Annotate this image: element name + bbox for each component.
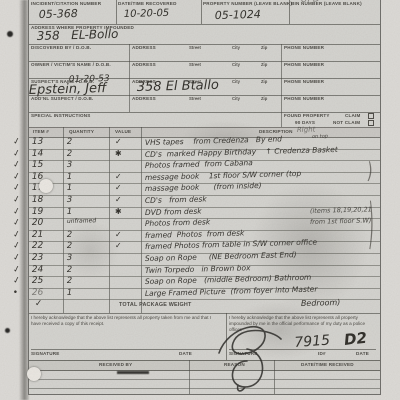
owner-victim-label: OWNER / VICTIM'S NAME / D.O.B. bbox=[31, 62, 111, 67]
item-number: 21 bbox=[32, 229, 62, 240]
value-col-header: VALUE bbox=[115, 129, 131, 134]
item-value-mark bbox=[115, 160, 141, 161]
incident-number-value: 05-368 bbox=[39, 6, 116, 21]
zip-sublabel: Zip bbox=[261, 96, 267, 101]
scan-dot-artifact bbox=[7, 31, 13, 37]
item-quantity: 1 bbox=[67, 182, 105, 193]
property-receipt-form: UPD INCIDENT/CITATION NUMBER 05-368 DATE… bbox=[28, 0, 381, 395]
item-number: 26 bbox=[32, 287, 62, 298]
zip-sublabel: Zip bbox=[261, 79, 267, 84]
address-label: ADDRESS bbox=[132, 96, 156, 101]
item-value-mark: ✱ bbox=[115, 148, 141, 158]
discovered-by-label: DISCOVERED BY / D.O.B. bbox=[31, 45, 91, 50]
item-number: 14 bbox=[32, 148, 62, 159]
hole-punch bbox=[39, 179, 53, 193]
item-value-mark: ✓ bbox=[115, 194, 141, 204]
bin-number-label: BIN NUMBER (Leave Blank) bbox=[289, 0, 380, 6]
item-value-mark: ✓ bbox=[115, 229, 141, 239]
redaction-mark bbox=[117, 371, 149, 374]
item-quantity: 1 bbox=[67, 171, 105, 182]
margin-check-icon: ✓ bbox=[12, 276, 21, 287]
margin-check-icon: ✓ bbox=[12, 206, 21, 217]
item-number: 25 bbox=[32, 275, 62, 286]
margin-check-icon: ✓ bbox=[12, 229, 21, 240]
officer-id-value: 7915 bbox=[294, 333, 331, 351]
item-quantity: 3 bbox=[67, 159, 105, 170]
phone-label: PHONE NUMBER bbox=[284, 96, 324, 101]
item-quantity: 2 bbox=[67, 148, 105, 159]
zip-sublabel: Zip bbox=[261, 45, 267, 50]
item-quantity: 1 bbox=[67, 206, 105, 217]
special-instructions-row: SPECIAL INSTRUCTIONS FOUND PROPERTY CLAI… bbox=[29, 112, 380, 128]
datetime-received-header: DATE/TIME RECEIVED bbox=[301, 362, 354, 367]
item-col-header: ITEM # bbox=[33, 129, 49, 134]
item-value-mark bbox=[115, 264, 141, 265]
city-sublabel: City bbox=[232, 45, 240, 50]
margin-check-icon: ✓ bbox=[12, 264, 21, 275]
special-instructions-label: SPECIAL INSTRUCTIONS bbox=[31, 113, 91, 118]
item-quantity: 2 bbox=[67, 240, 105, 251]
item-number: 20 bbox=[32, 217, 62, 228]
suspect-row: SUSPECT'S NAME / D.O.B. 01-20-53 Epstein… bbox=[29, 78, 380, 96]
claim-checkbox bbox=[368, 113, 374, 119]
signature-label: SIGNATURE bbox=[31, 351, 60, 356]
phone-label: PHONE NUMBER bbox=[284, 79, 324, 84]
item-number: 18 bbox=[32, 194, 62, 205]
item-number: 22 bbox=[32, 241, 62, 252]
incident-number-label: INCIDENT/CITATION NUMBER bbox=[29, 0, 116, 6]
item-value-mark: ✓ bbox=[115, 183, 141, 193]
total-package-weight-label: TOTAL PACKAGE WEIGHT bbox=[119, 303, 191, 309]
officer-signature-scrawl bbox=[189, 315, 299, 395]
item-value-mark: ✓ bbox=[115, 136, 141, 146]
datetime-recovered-label: DATE/TIME RECOVERED bbox=[116, 0, 201, 6]
phone-label: PHONE NUMBER bbox=[284, 45, 324, 50]
item-quantity: 2 bbox=[67, 275, 105, 286]
margin-check-icon: ✓ bbox=[12, 218, 21, 229]
property-number-value: 05-1024 bbox=[215, 7, 289, 22]
item-value-mark bbox=[115, 287, 141, 288]
item-value-mark bbox=[115, 252, 141, 253]
id-number-label: ID# bbox=[318, 351, 326, 356]
total-package-weight-row: ✓ TOTAL PACKAGE WEIGHT Bedroom) bbox=[29, 299, 380, 314]
scan-dot-artifact bbox=[5, 328, 10, 333]
zip-sublabel: Zip bbox=[261, 62, 267, 67]
street-sublabel: Street bbox=[189, 45, 201, 50]
city-sublabel: City bbox=[232, 79, 240, 84]
item-number: 23 bbox=[32, 252, 62, 263]
item-quantity: 2 bbox=[67, 136, 105, 147]
item-value-mark bbox=[115, 218, 141, 219]
city-sublabel: City bbox=[232, 62, 240, 67]
item-note: on top bbox=[312, 134, 328, 140]
phone-label: PHONE NUMBER bbox=[284, 62, 324, 67]
total-row-note: Bedroom) bbox=[301, 298, 341, 308]
ninety-days-label: 90 DAYS bbox=[295, 120, 315, 125]
suspect-address-value: 358 El Btallo bbox=[137, 78, 219, 95]
item-number: 15 bbox=[32, 159, 62, 170]
item-quantity: 3 bbox=[67, 194, 105, 205]
datetime-recovered-value: 10-20-05 bbox=[124, 7, 201, 20]
margin-check-icon: • bbox=[12, 287, 19, 298]
margin-check-icon: ✓ bbox=[12, 136, 21, 147]
item-value-mark bbox=[115, 276, 141, 277]
hole-punch bbox=[27, 367, 41, 381]
item-number: 19 bbox=[32, 206, 62, 217]
item-number: 24 bbox=[32, 264, 62, 275]
date-label: DATE bbox=[356, 351, 369, 356]
item-quantity: 2 bbox=[67, 264, 105, 275]
city-sublabel: City bbox=[232, 96, 240, 101]
street-sublabel: Street bbox=[189, 62, 201, 67]
margin-check-icon: ✓ bbox=[12, 241, 21, 252]
impound-address-row: ADDRESS WHERE PROPERTY IMPOUNDED 358 EL-… bbox=[29, 24, 380, 45]
item-value-mark: ✱ bbox=[115, 206, 141, 216]
item-value-mark: ✓ bbox=[115, 241, 141, 251]
margin-check-icon: ✓ bbox=[12, 171, 21, 182]
discovered-by-row: DISCOVERED BY / D.O.B. ADDRESS Street Ci… bbox=[29, 44, 380, 62]
item-value-mark: ✓ bbox=[115, 171, 141, 181]
not-claim-checkbox bbox=[368, 120, 374, 126]
addnl-suspect-label: ADD'NL SUSPECT / D.O.B. bbox=[31, 96, 94, 101]
officer-date-value: D2 bbox=[343, 329, 368, 349]
item-quantity: 3 bbox=[67, 252, 105, 263]
address-label: ADDRESS bbox=[132, 62, 156, 67]
property-number-label: PROPERTY NUMBER (Leave Blank) bbox=[201, 0, 289, 6]
address-label: ADDRESS bbox=[132, 45, 156, 50]
addnl-suspect-row: ADD'NL SUSPECT / D.O.B. ADDRESS Street C… bbox=[29, 95, 380, 113]
item-quantity: 1 bbox=[67, 287, 105, 298]
scanned-property-receipt: UPD INCIDENT/CITATION NUMBER 05-368 DATE… bbox=[0, 0, 400, 400]
item-quantity: 2 bbox=[67, 229, 105, 240]
margin-check-icon: ✓ bbox=[12, 183, 21, 194]
street-sublabel: Street bbox=[189, 96, 201, 101]
found-property-label: FOUND PROPERTY bbox=[284, 113, 330, 118]
handwritten-brace: ) bbox=[368, 195, 374, 259]
item-number: 13 bbox=[32, 136, 62, 147]
claim-label: CLAIM bbox=[345, 113, 361, 118]
item-quantity: unframed bbox=[67, 217, 105, 225]
not-claim-label: NOT CLAIM bbox=[333, 120, 360, 125]
total-row-check-icon: ✓ bbox=[35, 299, 43, 309]
received-by-header: RECEIVED BY bbox=[99, 362, 132, 367]
margin-check-icon: ✓ bbox=[12, 252, 21, 263]
margin-check-icon: ✓ bbox=[12, 160, 21, 171]
margin-check-icon: ✓ bbox=[12, 148, 21, 159]
quantity-col-header: QUANTITY bbox=[69, 129, 94, 134]
margin-check-icon: ✓ bbox=[12, 194, 21, 205]
